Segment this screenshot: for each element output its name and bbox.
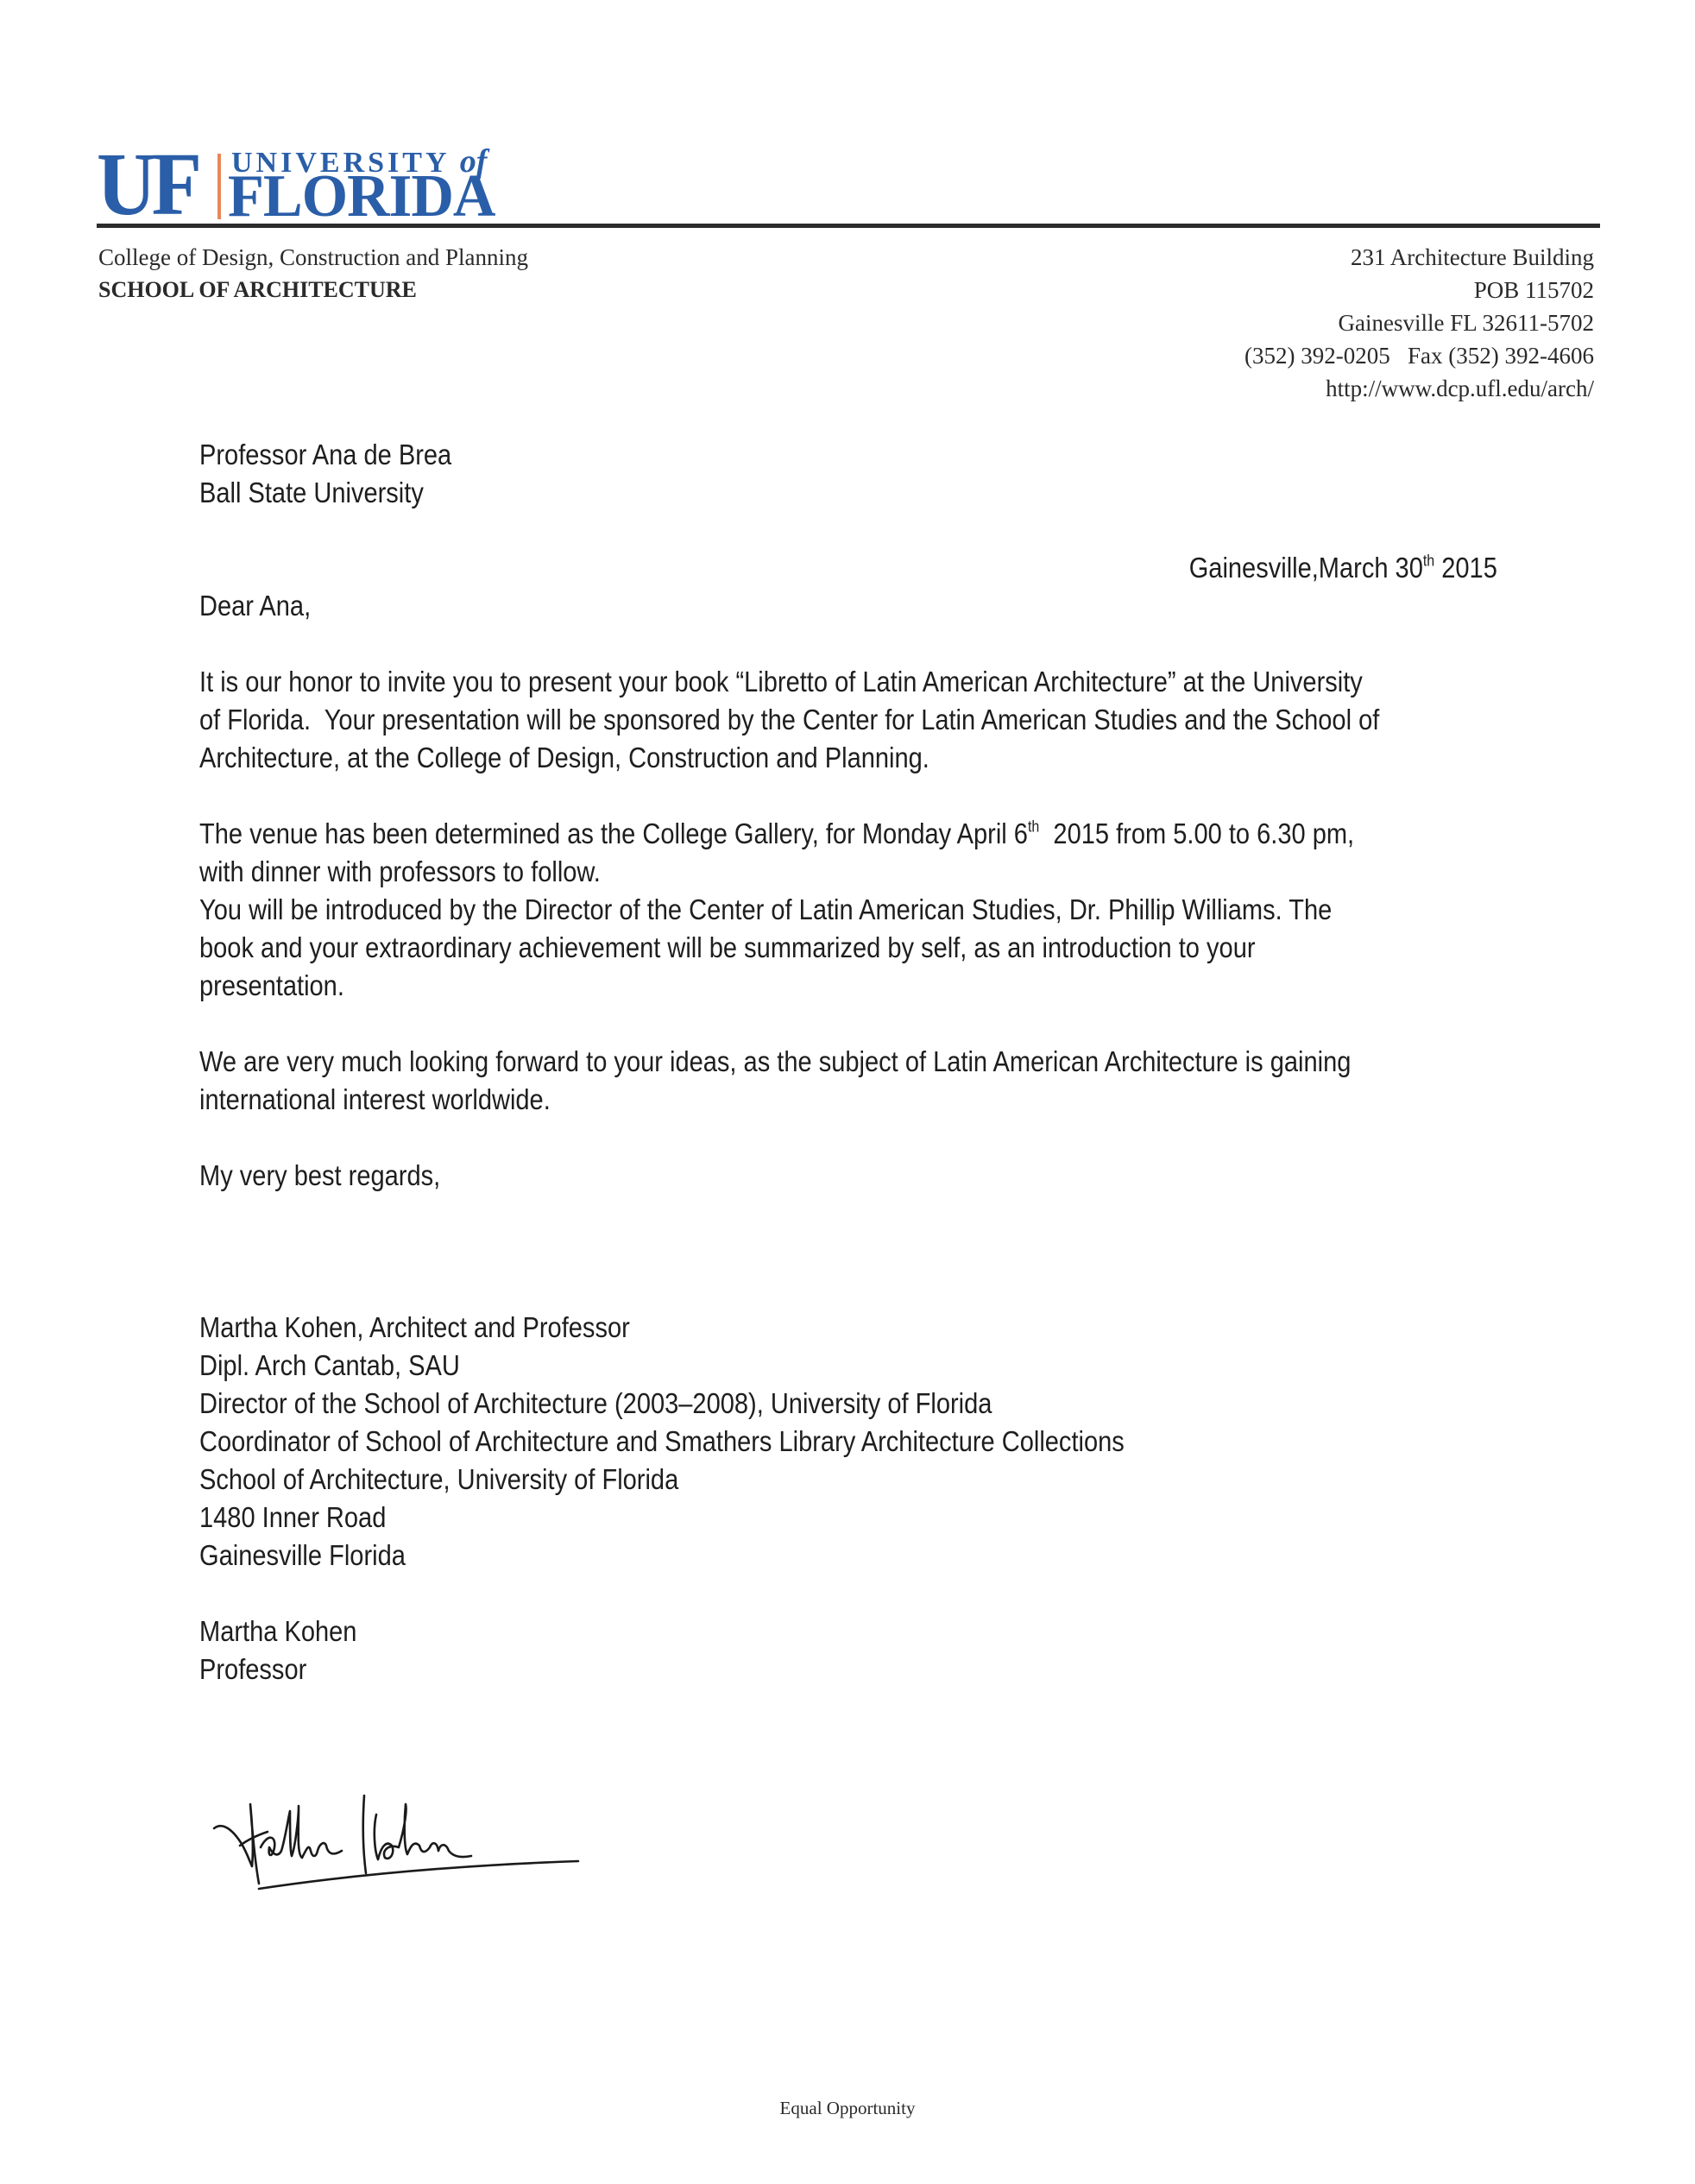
address-line: Gainesville FL 32611-5702 — [1339, 306, 1594, 339]
paragraph-line: Architecture, at the College of Design, … — [199, 739, 929, 777]
signature-line: Gainesville Florida — [199, 1537, 406, 1575]
handwritten-signature — [207, 1761, 587, 1890]
signature-line: Dipl. Arch Cantab, SAU — [199, 1347, 460, 1385]
signature-line: Director of the School of Architecture (… — [199, 1385, 992, 1423]
signer-name: Martha Kohen — [199, 1613, 356, 1651]
header-rule — [97, 224, 1600, 228]
school-name: SCHOOL OF ARCHITECTURE — [98, 274, 417, 306]
address-line: POB 115702 — [1474, 274, 1594, 306]
paragraph-line: You will be introduced by the Director o… — [199, 891, 1332, 929]
paragraph-line: with dinner with professors to follow. — [199, 853, 601, 891]
signature-line: Martha Kohen, Architect and Professor — [199, 1309, 630, 1347]
university-logo: UF UNIVERSITY of FLORIDA — [97, 145, 511, 223]
paragraph-line: presentation. — [199, 967, 344, 1005]
phone-fax-line: (352) 392-0205 Fax (352) 392-4606 — [1244, 339, 1594, 372]
logo-monogram: UF — [97, 150, 198, 219]
college-name: College of Design, Construction and Plan… — [98, 241, 528, 274]
address-line: 231 Architecture Building — [1351, 241, 1594, 274]
date-year: 2015 — [1434, 552, 1497, 584]
signer-title: Professor — [199, 1651, 306, 1688]
paragraph-line: international interest worldwide. — [199, 1081, 551, 1119]
logo-divider — [217, 154, 221, 219]
footer-equal-opportunity: Equal Opportunity — [0, 2096, 1695, 2120]
signature-line: Coordinator of School of Architecture an… — [199, 1423, 1125, 1461]
paragraph-line: book and your extraordinary achievement … — [199, 929, 1256, 967]
date-ordinal: th — [1423, 552, 1434, 569]
closing: My very best regards, — [199, 1157, 440, 1195]
venue-time: 2015 from 5.00 to 6.30 pm, — [1039, 817, 1354, 849]
paragraph-line: We are very much looking forward to your… — [199, 1043, 1351, 1081]
signature-line: School of Architecture, University of Fl… — [199, 1461, 678, 1499]
venue-text: The venue has been determined as the Col… — [199, 817, 1028, 849]
paragraph-line: of Florida. Your presentation will be sp… — [199, 701, 1379, 739]
paragraph-line: It is our honor to invite you to present… — [199, 663, 1363, 701]
venue-ordinal: th — [1028, 817, 1039, 835]
paragraph-line: The venue has been determined as the Col… — [199, 815, 1354, 853]
website-link[interactable]: http://www.dcp.ufl.edu/arch/ — [1326, 372, 1594, 405]
salutation: Dear Ana, — [199, 587, 311, 625]
recipient-institution: Ball State University — [199, 474, 424, 512]
letter-date: Gainesville,March 30th 2015 — [1189, 549, 1497, 587]
logo-name: FLORIDA — [228, 171, 495, 223]
signature-line: 1480 Inner Road — [199, 1499, 386, 1537]
date-text: Gainesville,March 30 — [1189, 552, 1423, 584]
recipient-name: Professor Ana de Brea — [199, 436, 451, 474]
